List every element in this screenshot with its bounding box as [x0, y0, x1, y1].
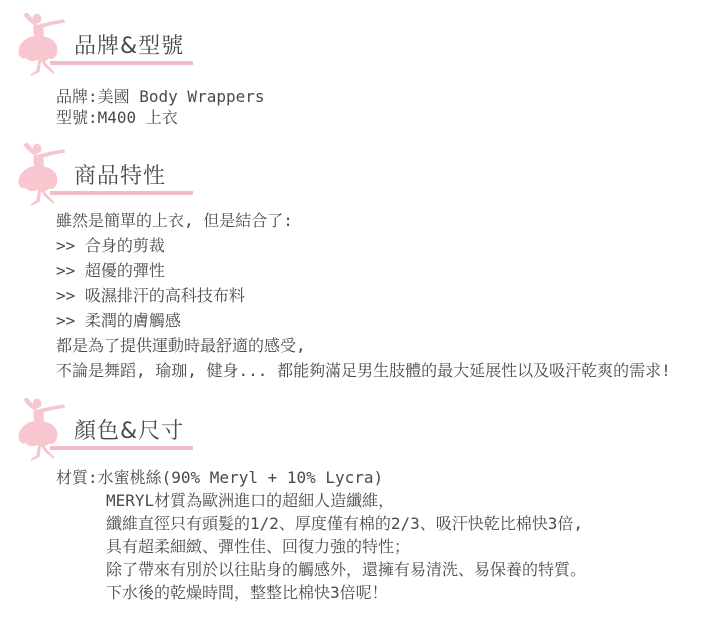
section-title: 顏色&尺寸 — [74, 414, 184, 445]
material-detail-line: 除了帶來有別於以往貼身的觸感外，還擁有易清洗、易保養的特質。 — [106, 558, 586, 581]
section-color-size: 顏色&尺寸 材質:水蜜桃絲(90% Meryl + 10% Lycra) MER… — [0, 397, 716, 607]
section-body: 品牌:美國 Body Wrappers 型號:M400 上衣 — [56, 86, 265, 128]
material-detail-line: MERYL材質為歐洲進口的超細人造纖維， — [106, 489, 586, 512]
section-product-features: 商品特性 雖然是簡單的上衣, 但是結合了: >> 合身的剪裁 >> 超優的彈性 … — [0, 142, 716, 387]
intro-line: 雖然是簡單的上衣, 但是結合了: — [56, 208, 671, 233]
section-body: 材質:水蜜桃絲(90% Meryl + 10% Lycra) MERYL材質為歐… — [56, 466, 586, 604]
ballerina-icon — [13, 397, 69, 461]
model-line: 型號:M400 上衣 — [56, 107, 265, 128]
material-detail-line: 下水後的乾燥時間，整整比棉快3倍呢！ — [106, 581, 586, 604]
feature-line: >> 吸濕排汗的高科技布料 — [56, 283, 671, 308]
ballerina-icon — [13, 142, 69, 206]
title-underline-divider — [50, 446, 193, 450]
section-title: 商品特性 — [74, 159, 166, 190]
feature-line: >> 柔潤的膚觸感 — [56, 308, 671, 333]
material-line: 材質:水蜜桃絲(90% Meryl + 10% Lycra) — [56, 466, 586, 489]
section-brand-model: 品牌&型號 品牌:美國 Body Wrappers 型號:M400 上衣 — [0, 12, 716, 132]
title-underline-divider — [50, 191, 193, 195]
brand-line: 品牌:美國 Body Wrappers — [56, 86, 265, 107]
summary-line: 不論是舞蹈, 瑜珈, 健身... 都能夠滿足男生肢體的最大延展性以及吸汗乾爽的需… — [56, 358, 671, 383]
feature-line: >> 合身的剪裁 — [56, 233, 671, 258]
title-underline-divider — [50, 61, 193, 65]
feature-line: >> 超優的彈性 — [56, 258, 671, 283]
material-detail-line: 纖維直徑只有頭髮的1/2、厚度僅有棉的2/3、吸汗快乾比棉快3倍, — [106, 512, 586, 535]
ballerina-icon — [13, 12, 69, 76]
section-body: 雖然是簡單的上衣, 但是結合了: >> 合身的剪裁 >> 超優的彈性 >> 吸濕… — [56, 208, 671, 383]
summary-line: 都是為了提供運動時最舒適的感受, — [56, 333, 671, 358]
material-detail-line: 具有超柔細緻、彈性佳、回復力強的特性； — [106, 535, 586, 558]
section-title: 品牌&型號 — [74, 29, 184, 60]
